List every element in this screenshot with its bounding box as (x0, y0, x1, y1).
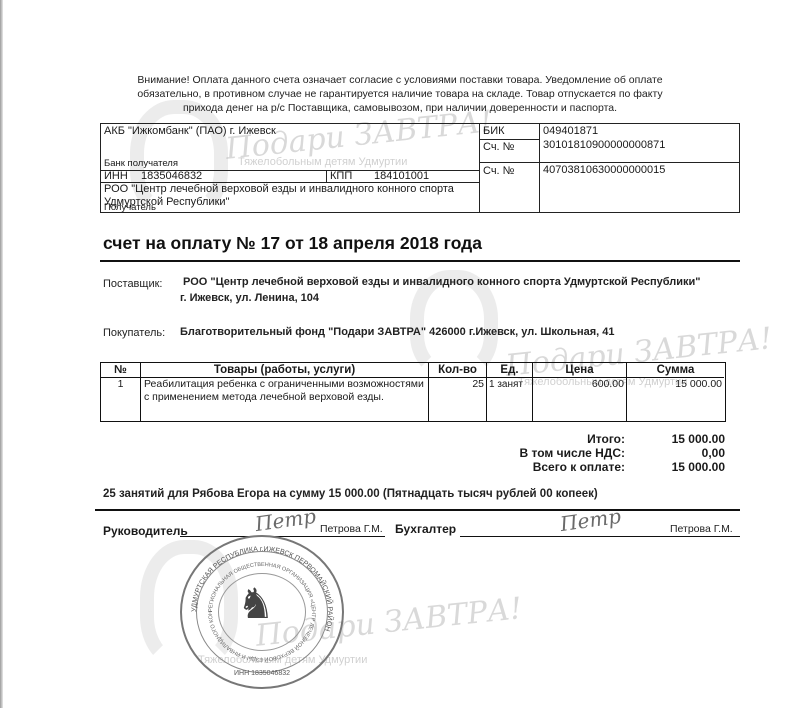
col-header-sum: Сумма (627, 363, 724, 377)
director-name: Петрова Г.М. (320, 523, 383, 535)
divider (479, 124, 480, 212)
notice-line: прихода денег на р/с Поставщика, самовыв… (120, 101, 680, 115)
inn-label: ИНН (104, 170, 128, 182)
payment-notice: Внимание! Оплата данного счета означает … (120, 73, 680, 115)
amount-in-words: 25 занятий для Рябова Егора на сумму 15 … (103, 488, 598, 500)
organization-stamp: УДМУРТСКАЯ РЕСПУБЛИКА г.ИЖЕВСК ПЕРВОМАЙС… (180, 535, 344, 689)
scan-edge (0, 0, 3, 708)
divider (326, 170, 327, 182)
accountant-sign-line (460, 536, 740, 537)
accountant-name: Петрова Г.М. (670, 523, 733, 535)
row-unit: 1 занят (489, 378, 533, 391)
row-num: 1 (101, 378, 140, 391)
supplier-name: РОО "Центр лечебной верховой езды и инва… (183, 276, 701, 288)
supplier-label: Поставщик: (103, 278, 162, 290)
recipient-label: Получатель (104, 202, 156, 213)
row-goods-name: Реабилитация ребенка с ограниченными воз… (144, 378, 426, 404)
goods-table: № Товары (работы, услуги) Кол-во Ед. Цен… (100, 362, 726, 422)
vat-label: В том числе НДС: (470, 446, 625, 460)
col-header-qty: Кол-во (429, 363, 486, 377)
corr-account-label: Сч. № (483, 141, 514, 153)
row-sum: 15 000.00 (627, 378, 722, 391)
due-label: Всего к оплате: (470, 460, 625, 474)
col-header-unit: Ед. (487, 363, 532, 377)
kpp-value: 184101001 (374, 170, 429, 182)
divider (539, 124, 540, 212)
divider (134, 170, 135, 182)
bank-details-table: АКБ "Ижкомбанк" (ПАО) г. Ижевск Банк пол… (100, 123, 740, 213)
bank-label: Банк получателя (104, 158, 178, 169)
col-header-goods: Товары (работы, услуги) (141, 363, 428, 377)
bank-name: АКБ "Ижкомбанк" (ПАО) г. Ижевск (104, 125, 276, 137)
svg-text:ИНН 1835046832: ИНН 1835046832 (234, 670, 290, 677)
due-value: 15 000.00 (630, 460, 725, 474)
bik-value: 049401871 (543, 125, 598, 137)
divider (479, 162, 739, 163)
notice-line: Внимание! Оплата данного счета означает … (120, 73, 680, 87)
summary-rule (95, 509, 740, 511)
recipient-name: РОО "Центр лечебной верховой езды и инва… (104, 183, 474, 209)
row-qty: 25 (429, 378, 484, 391)
title-rule (100, 260, 740, 262)
divider (479, 139, 539, 140)
kpp-label: КПП (330, 170, 352, 182)
buyer-label: Покупатель: (103, 327, 165, 339)
director-label: Руководитель (103, 524, 188, 538)
col-header-num: № (101, 363, 140, 377)
total-value: 15 000.00 (630, 432, 725, 446)
supplier-address: г. Ижевск, ул. Ленина, 104 (180, 292, 319, 304)
vat-value: 0,00 (630, 446, 725, 460)
notice-line: обязательно, в противном случае не гаран… (120, 87, 680, 101)
buyer-name: Благотворительный фонд "Подари ЗАВТРА" 4… (180, 326, 615, 338)
account-label: Сч. № (483, 165, 514, 177)
horse-rider-icon: ♞ (237, 579, 275, 628)
row-price: 600.00 (533, 378, 624, 391)
bik-label: БИК (483, 125, 505, 137)
inn-value: 1835046832 (141, 170, 202, 182)
total-label: Итого: (470, 432, 625, 446)
col-header-price: Цена (533, 363, 626, 377)
invoice-title: счет на оплату № 17 от 18 апреля 2018 го… (103, 233, 482, 254)
corr-account-value: 30101810900000000871 (543, 139, 665, 151)
accountant-label: Бухгалтер (395, 522, 456, 536)
account-value: 40703810630000000015 (543, 164, 665, 176)
